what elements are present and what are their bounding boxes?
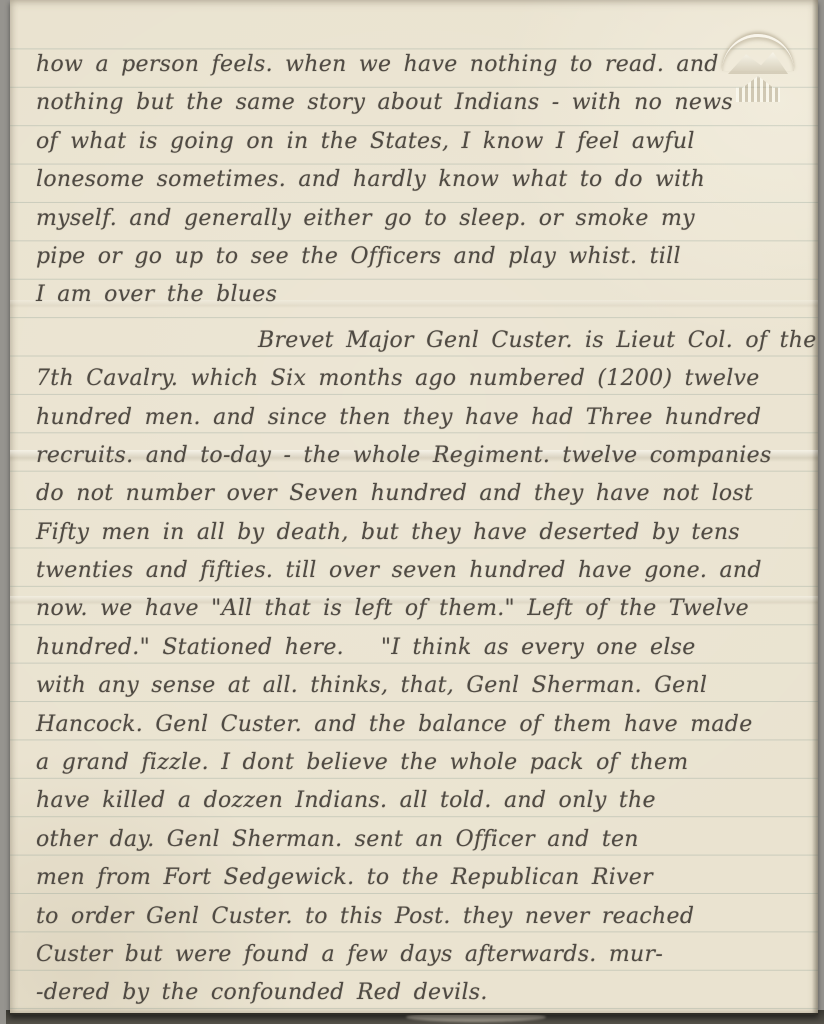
paper-right-edge xyxy=(812,0,818,1013)
letter-text: how a person feels. when we have nothing… xyxy=(36,46,796,1013)
letter-line: Custer but were found a few days afterwa… xyxy=(36,936,796,974)
letter-line: hundred men. and since then they have ha… xyxy=(36,399,796,437)
letter-line: with any sense at all. thinks, that, Gen… xyxy=(36,667,796,705)
letter-line: do not number over Seven hundred and the… xyxy=(36,475,796,513)
letter-line: now. we have "All that is left of them."… xyxy=(36,590,796,628)
letter-line: have killed a dozzen Indians. all told. … xyxy=(36,782,796,820)
letter-line: a grand fizzle. I dont believe the whole… xyxy=(36,744,796,782)
letter-line: pipe or go up to see the Officers and pl… xyxy=(36,238,796,276)
letter-line: nothing but the same story about Indians… xyxy=(36,84,796,122)
letter-line: I am over the blues xyxy=(36,276,796,314)
scanned-letter-page: { "letter": { "kind": "handwritten cursi… xyxy=(0,0,824,1024)
letter-line: how a person feels. when we have nothing… xyxy=(36,46,796,84)
letter-line: Brevet Major Genl Custer. is Lieut Col. … xyxy=(36,322,796,360)
letter-line: -dered by the confounded Red devils. xyxy=(36,974,796,1012)
letter-line: twenties and fifties. till over seven hu… xyxy=(36,552,796,590)
letter-line: myself. and generally either go to sleep… xyxy=(36,200,796,238)
letter-line: hundred." Stationed here. "I think as ev… xyxy=(36,629,796,667)
letter-paper: how a person feels. when we have nothing… xyxy=(10,0,818,1015)
letter-line: Fifty men in all by death, but they have… xyxy=(36,514,796,552)
letter-line: 7th Cavalry. which Six months ago number… xyxy=(36,360,796,398)
letter-line: recruits. and to-day - the whole Regimen… xyxy=(36,437,796,475)
letter-line: other day. Genl Sherman. sent an Officer… xyxy=(36,821,796,859)
letter-line: men from Fort Sedgewick. to the Republic… xyxy=(36,859,796,897)
letter-line: to order Genl Custer. to this Post. they… xyxy=(36,898,796,936)
letter-line: Hancock. Genl Custer. and the balance of… xyxy=(36,706,796,744)
letter-line: of what is going on in the States, I kno… xyxy=(36,123,796,161)
letter-line: lonesome sometimes. and hardly know what… xyxy=(36,161,796,199)
